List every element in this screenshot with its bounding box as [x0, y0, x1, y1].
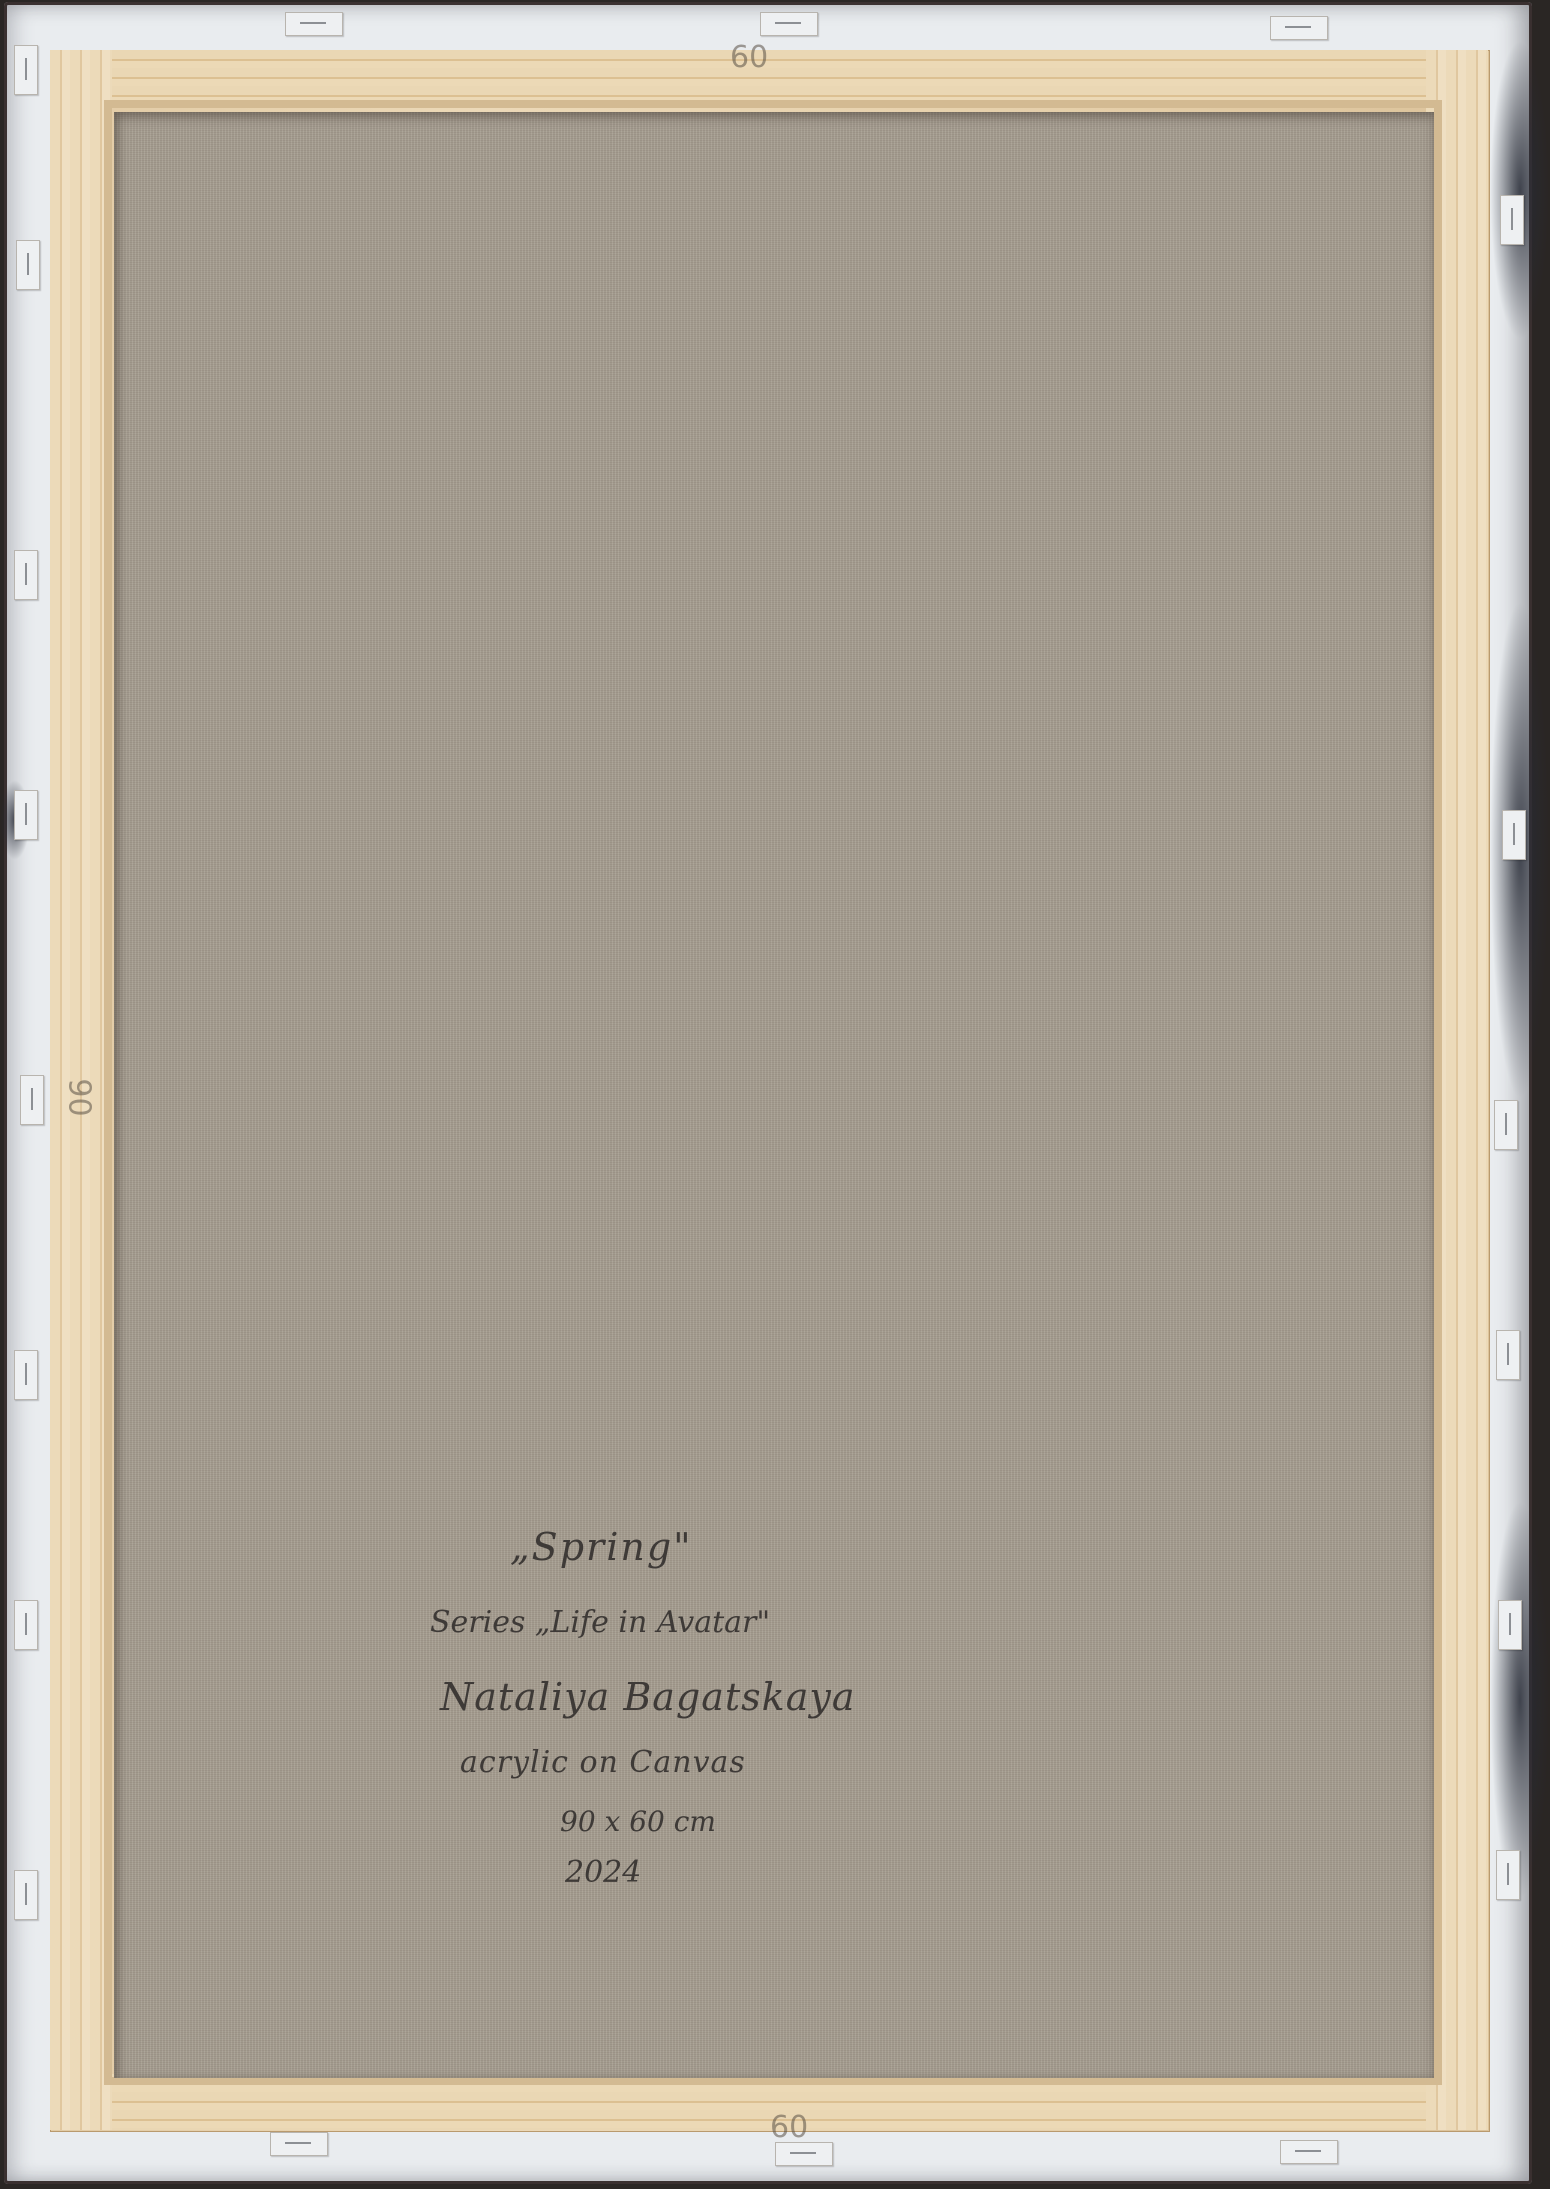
canvas-back-photo: 60 90 60 „Spring" Series „Life in Avatar…: [0, 0, 1550, 2189]
staple-icon: [14, 1870, 38, 1920]
staple-icon: [1498, 1600, 1522, 1650]
staple-icon: [1494, 1100, 1518, 1150]
staple-icon: [16, 240, 40, 290]
staple-icon: [1280, 2140, 1338, 2164]
artwork-year: 2024: [565, 1855, 641, 1890]
staple-icon: [14, 45, 38, 95]
stretcher-size-mark-top: 60: [730, 40, 768, 75]
staple-icon: [285, 12, 343, 36]
linen-canvas-back: [114, 112, 1434, 2078]
staple-icon: [1496, 1850, 1520, 1900]
staple-icon: [775, 2142, 833, 2166]
artwork-size: 90 x 60 cm: [560, 1805, 716, 1838]
staple-icon: [1496, 1330, 1520, 1380]
staple-icon: [14, 1600, 38, 1650]
staple-icon: [1500, 195, 1524, 245]
paint-smudge: [1490, 1500, 1550, 1900]
stretcher-size-mark-left: 90: [62, 1078, 97, 1116]
staple-icon: [14, 1350, 38, 1400]
artwork-title: „Spring": [510, 1525, 693, 1569]
staple-icon: [270, 2132, 328, 2156]
artwork-series: Series „Life in Avatar": [430, 1605, 770, 1640]
stretcher-size-mark-bottom: 60: [770, 2110, 808, 2145]
staple-icon: [14, 790, 38, 840]
staple-icon: [20, 1075, 44, 1125]
stretcher-bar-top: [50, 50, 1488, 106]
paint-smudge: [1490, 40, 1550, 340]
artwork-medium: acrylic on Canvas: [460, 1745, 746, 1780]
staple-icon: [1502, 810, 1526, 860]
staple-icon: [14, 550, 38, 600]
staple-icon: [760, 12, 818, 36]
artist-name: Nataliya Bagatskaya: [440, 1675, 855, 1719]
staple-icon: [1270, 16, 1328, 40]
